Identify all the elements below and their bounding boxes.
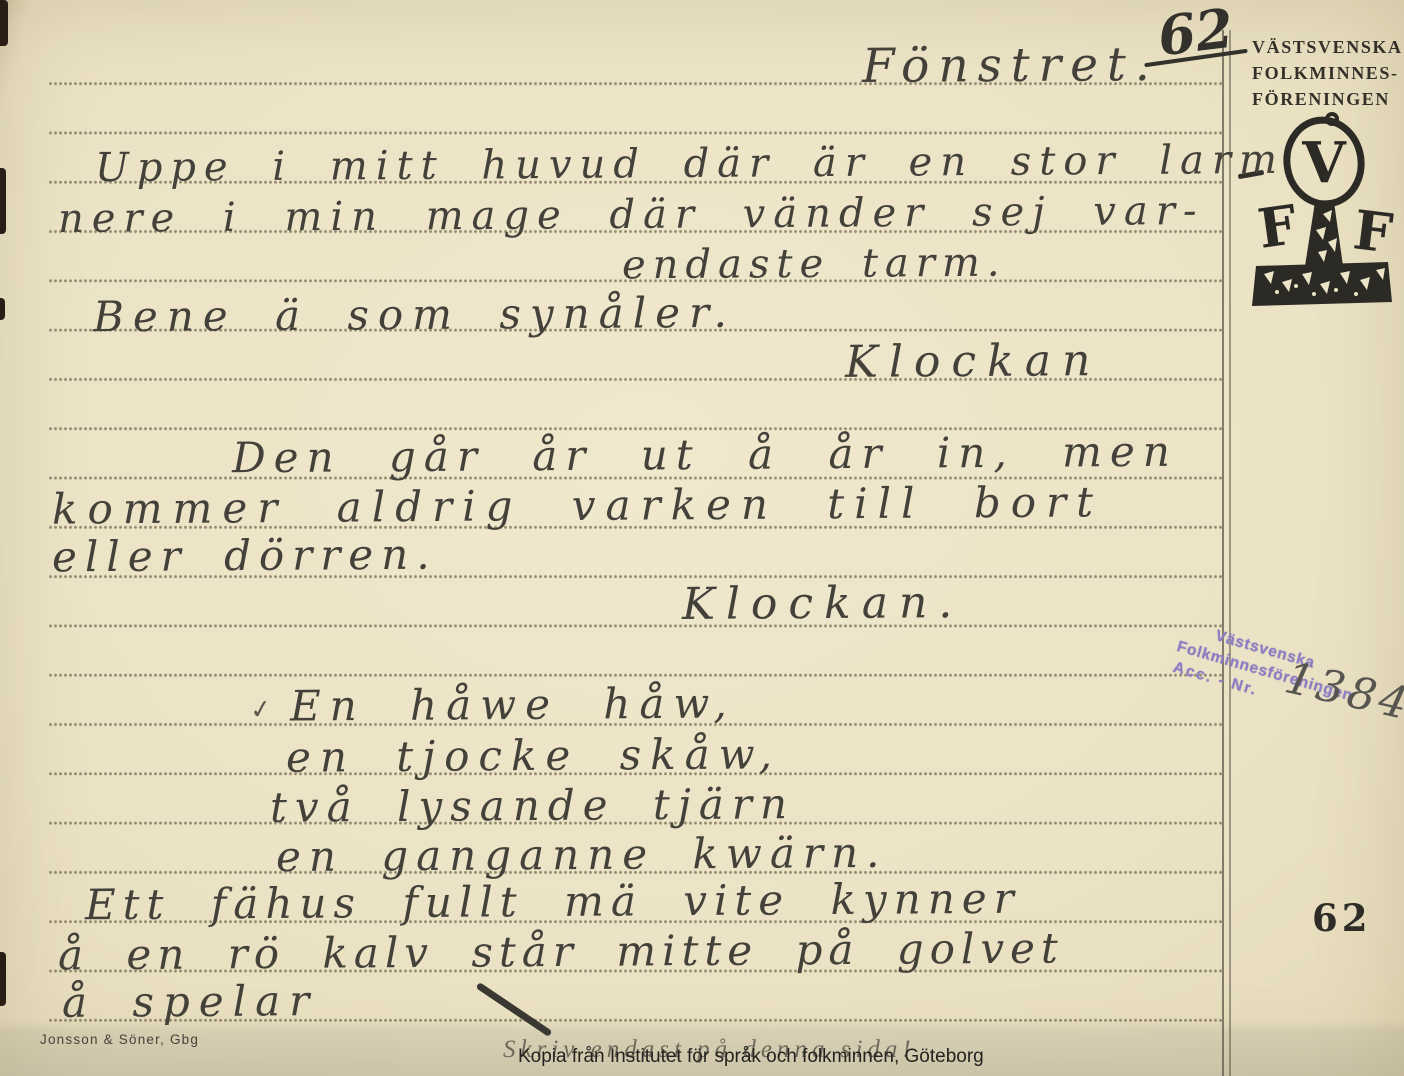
manuscript-line: å spelar bbox=[62, 976, 319, 1027]
manuscript-line: Bene ä som synåler. bbox=[93, 288, 736, 341]
manuscript-line: nere i min mage där vänder sej var- bbox=[58, 188, 1205, 242]
manuscript-line: Den går år ut å år in, men bbox=[232, 427, 1178, 483]
org-name-line: VÄSTSVENSKA bbox=[1252, 34, 1403, 60]
manuscript-line: å en rö kalv står mitte på golvet bbox=[58, 923, 1064, 979]
page-number-printed: 62 bbox=[1312, 896, 1372, 940]
scanned-manuscript-page: 62 VÄSTSVENSKA FOLKMINNES- FÖRENINGEN V … bbox=[0, 0, 1404, 1076]
scan-edge-mark bbox=[0, 168, 6, 234]
scan-edge-mark bbox=[0, 298, 5, 320]
manuscript-line: två lysande tjärn bbox=[270, 779, 795, 832]
org-name: VÄSTSVENSKA FOLKMINNES- FÖRENINGEN bbox=[1252, 34, 1403, 112]
page-title: Fönstret. bbox=[862, 37, 1159, 94]
manuscript-line: En håwe håw, bbox=[290, 678, 736, 730]
logo-letter-f-right: F bbox=[1350, 197, 1396, 265]
manuscript-line: kommer aldrig varken till bort bbox=[52, 477, 1103, 533]
margin-rule-right bbox=[1229, 30, 1231, 1076]
manuscript-line: Klockan bbox=[845, 335, 1102, 388]
manuscript-line: Ett fähus fullt mä vite kynner bbox=[85, 874, 1021, 930]
scan-edge-mark bbox=[0, 952, 6, 1006]
manuscript-line: en tjocke skåw, bbox=[286, 729, 781, 781]
manuscript-line: eller dörren. bbox=[52, 530, 438, 582]
check-mark: ✓ bbox=[248, 694, 274, 727]
manuscript-line: Uppe i mitt huvud där är en stor larm bbox=[95, 137, 1285, 191]
manuscript-line: en ganganne kwärn. bbox=[276, 828, 888, 881]
scan-edge-mark bbox=[0, 0, 8, 46]
logo-letter-v: V bbox=[1301, 130, 1347, 196]
manuscript-line: Klockan. bbox=[682, 577, 964, 630]
manuscript-line: endaste tarm. bbox=[622, 240, 1007, 289]
margin-rule-left bbox=[1222, 30, 1224, 1076]
org-name-line: FÖRENINGEN bbox=[1252, 86, 1403, 112]
logo-letter-f-left: F bbox=[1254, 192, 1301, 261]
org-name-line: FOLKMINNES- bbox=[1252, 60, 1403, 86]
copy-watermark: Kopia från Institutet för språk och folk… bbox=[518, 1046, 984, 1068]
printer-imprint: Jonsson & Söner, Gbg bbox=[40, 1032, 199, 1047]
